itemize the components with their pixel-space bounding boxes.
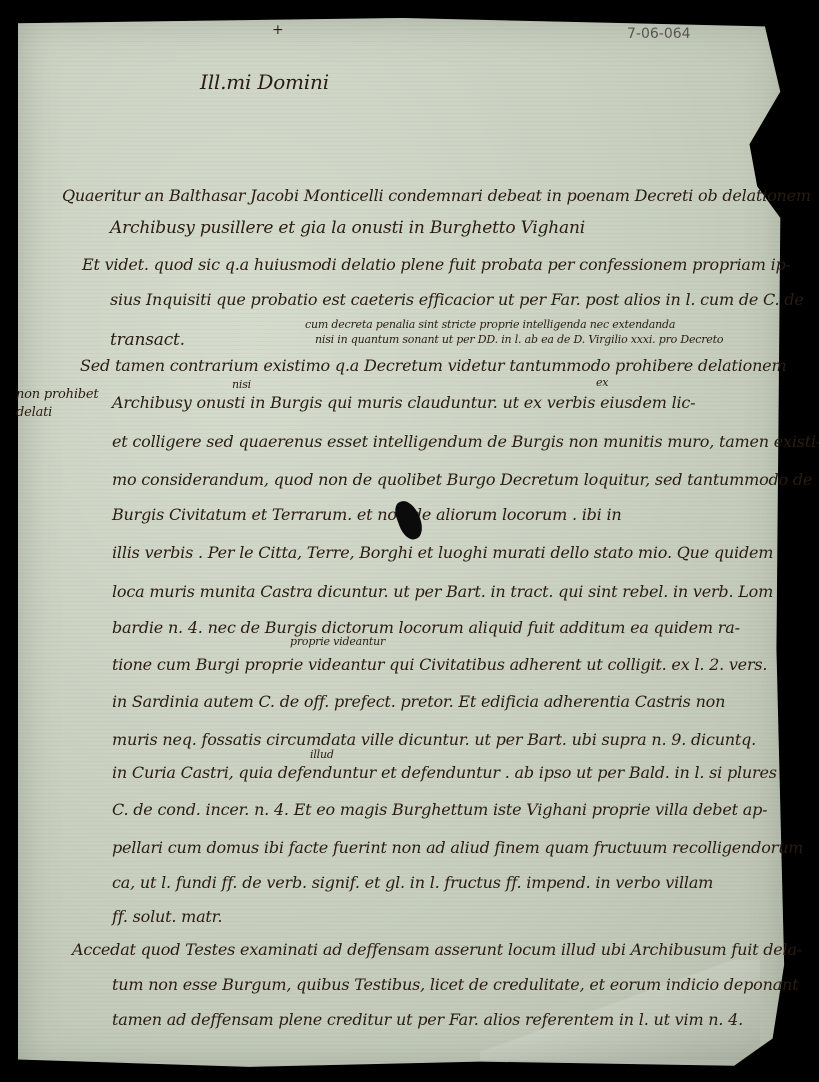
text-line-16: muris neq. fossatis circumdata ville dic… <box>112 730 756 749</box>
text-line-15: in Sardinia autem C. de off. prefect. pr… <box>112 692 725 711</box>
archive-number: 7-06-064 <box>627 26 691 42</box>
interlinear-note-1: cum decreta penalia sint stricte proprie… <box>305 318 675 331</box>
text-line-20: ca, ut l. fundi ff. de verb. signif. et … <box>112 873 713 892</box>
cross-mark: + <box>272 22 284 38</box>
text-line-9: mo considerandum, quod non de quolibet B… <box>112 470 812 489</box>
text-line-11: illis verbis . Per le Citta, Terre, Borg… <box>112 543 773 562</box>
interlinear-note-4: ex <box>596 376 608 389</box>
interlinear-note-2: nisi in quantum sonant ut per DD. in l. … <box>315 333 723 346</box>
text-line-18: C. de cond. incer. n. 4. Et eo magis Bur… <box>112 800 767 819</box>
text-line-10: Burgis Civitatum et Terrarum. et non de … <box>112 505 622 524</box>
text-line-6: Sed tamen contrarium existimo q.a Decret… <box>80 356 786 375</box>
text-line-17: in Curia Castri, quia defenduntur et def… <box>112 763 777 782</box>
margin-note-2: delati <box>16 405 52 420</box>
text-line-22: Accedat quod Testes examinati ad deffens… <box>72 940 802 959</box>
text-line-7: Archibusy onusti in Burgis qui muris cla… <box>112 393 695 412</box>
text-line-1: Quaeritur an Balthasar Jacobi Monticelli… <box>62 186 811 205</box>
text-line-5: transact. <box>110 330 185 350</box>
text-line-8: et colligere sed quaerenus esset intelli… <box>112 432 819 451</box>
text-line-4: sius Inquisiti que probatio est caeteris… <box>110 290 804 309</box>
text-line-12: loca muris munita Castra dicuntur. ut pe… <box>112 582 773 601</box>
text-line-23: tum non esse Burgum, quibus Testibus, li… <box>112 975 798 994</box>
text-line-3: Et videt. quod sic q.a huiusmodi delatio… <box>82 255 791 274</box>
text-line-14: tione cum Burgi proprie videantur qui Ci… <box>112 655 767 674</box>
text-line-21: ff. solut. matr. <box>112 907 222 926</box>
text-line-13: bardie n. 4. nec de Burgis dictorum loco… <box>112 618 740 637</box>
interlinear-note-3: nisi <box>232 378 251 391</box>
interlinear-note-6: illud <box>310 748 334 761</box>
margin-note-1: non prohibet <box>16 387 98 402</box>
document-heading: Ill.mi Domini <box>200 70 329 94</box>
text-line-19: pellari cum domus ibi facte fuerint non … <box>112 838 803 857</box>
text-line-24: tamen ad deffensam plene creditur ut per… <box>112 1010 743 1029</box>
text-line-2: Archibusy pusillere et gia la onusti in … <box>110 218 585 238</box>
interlinear-note-5: proprie videantur <box>290 635 385 648</box>
